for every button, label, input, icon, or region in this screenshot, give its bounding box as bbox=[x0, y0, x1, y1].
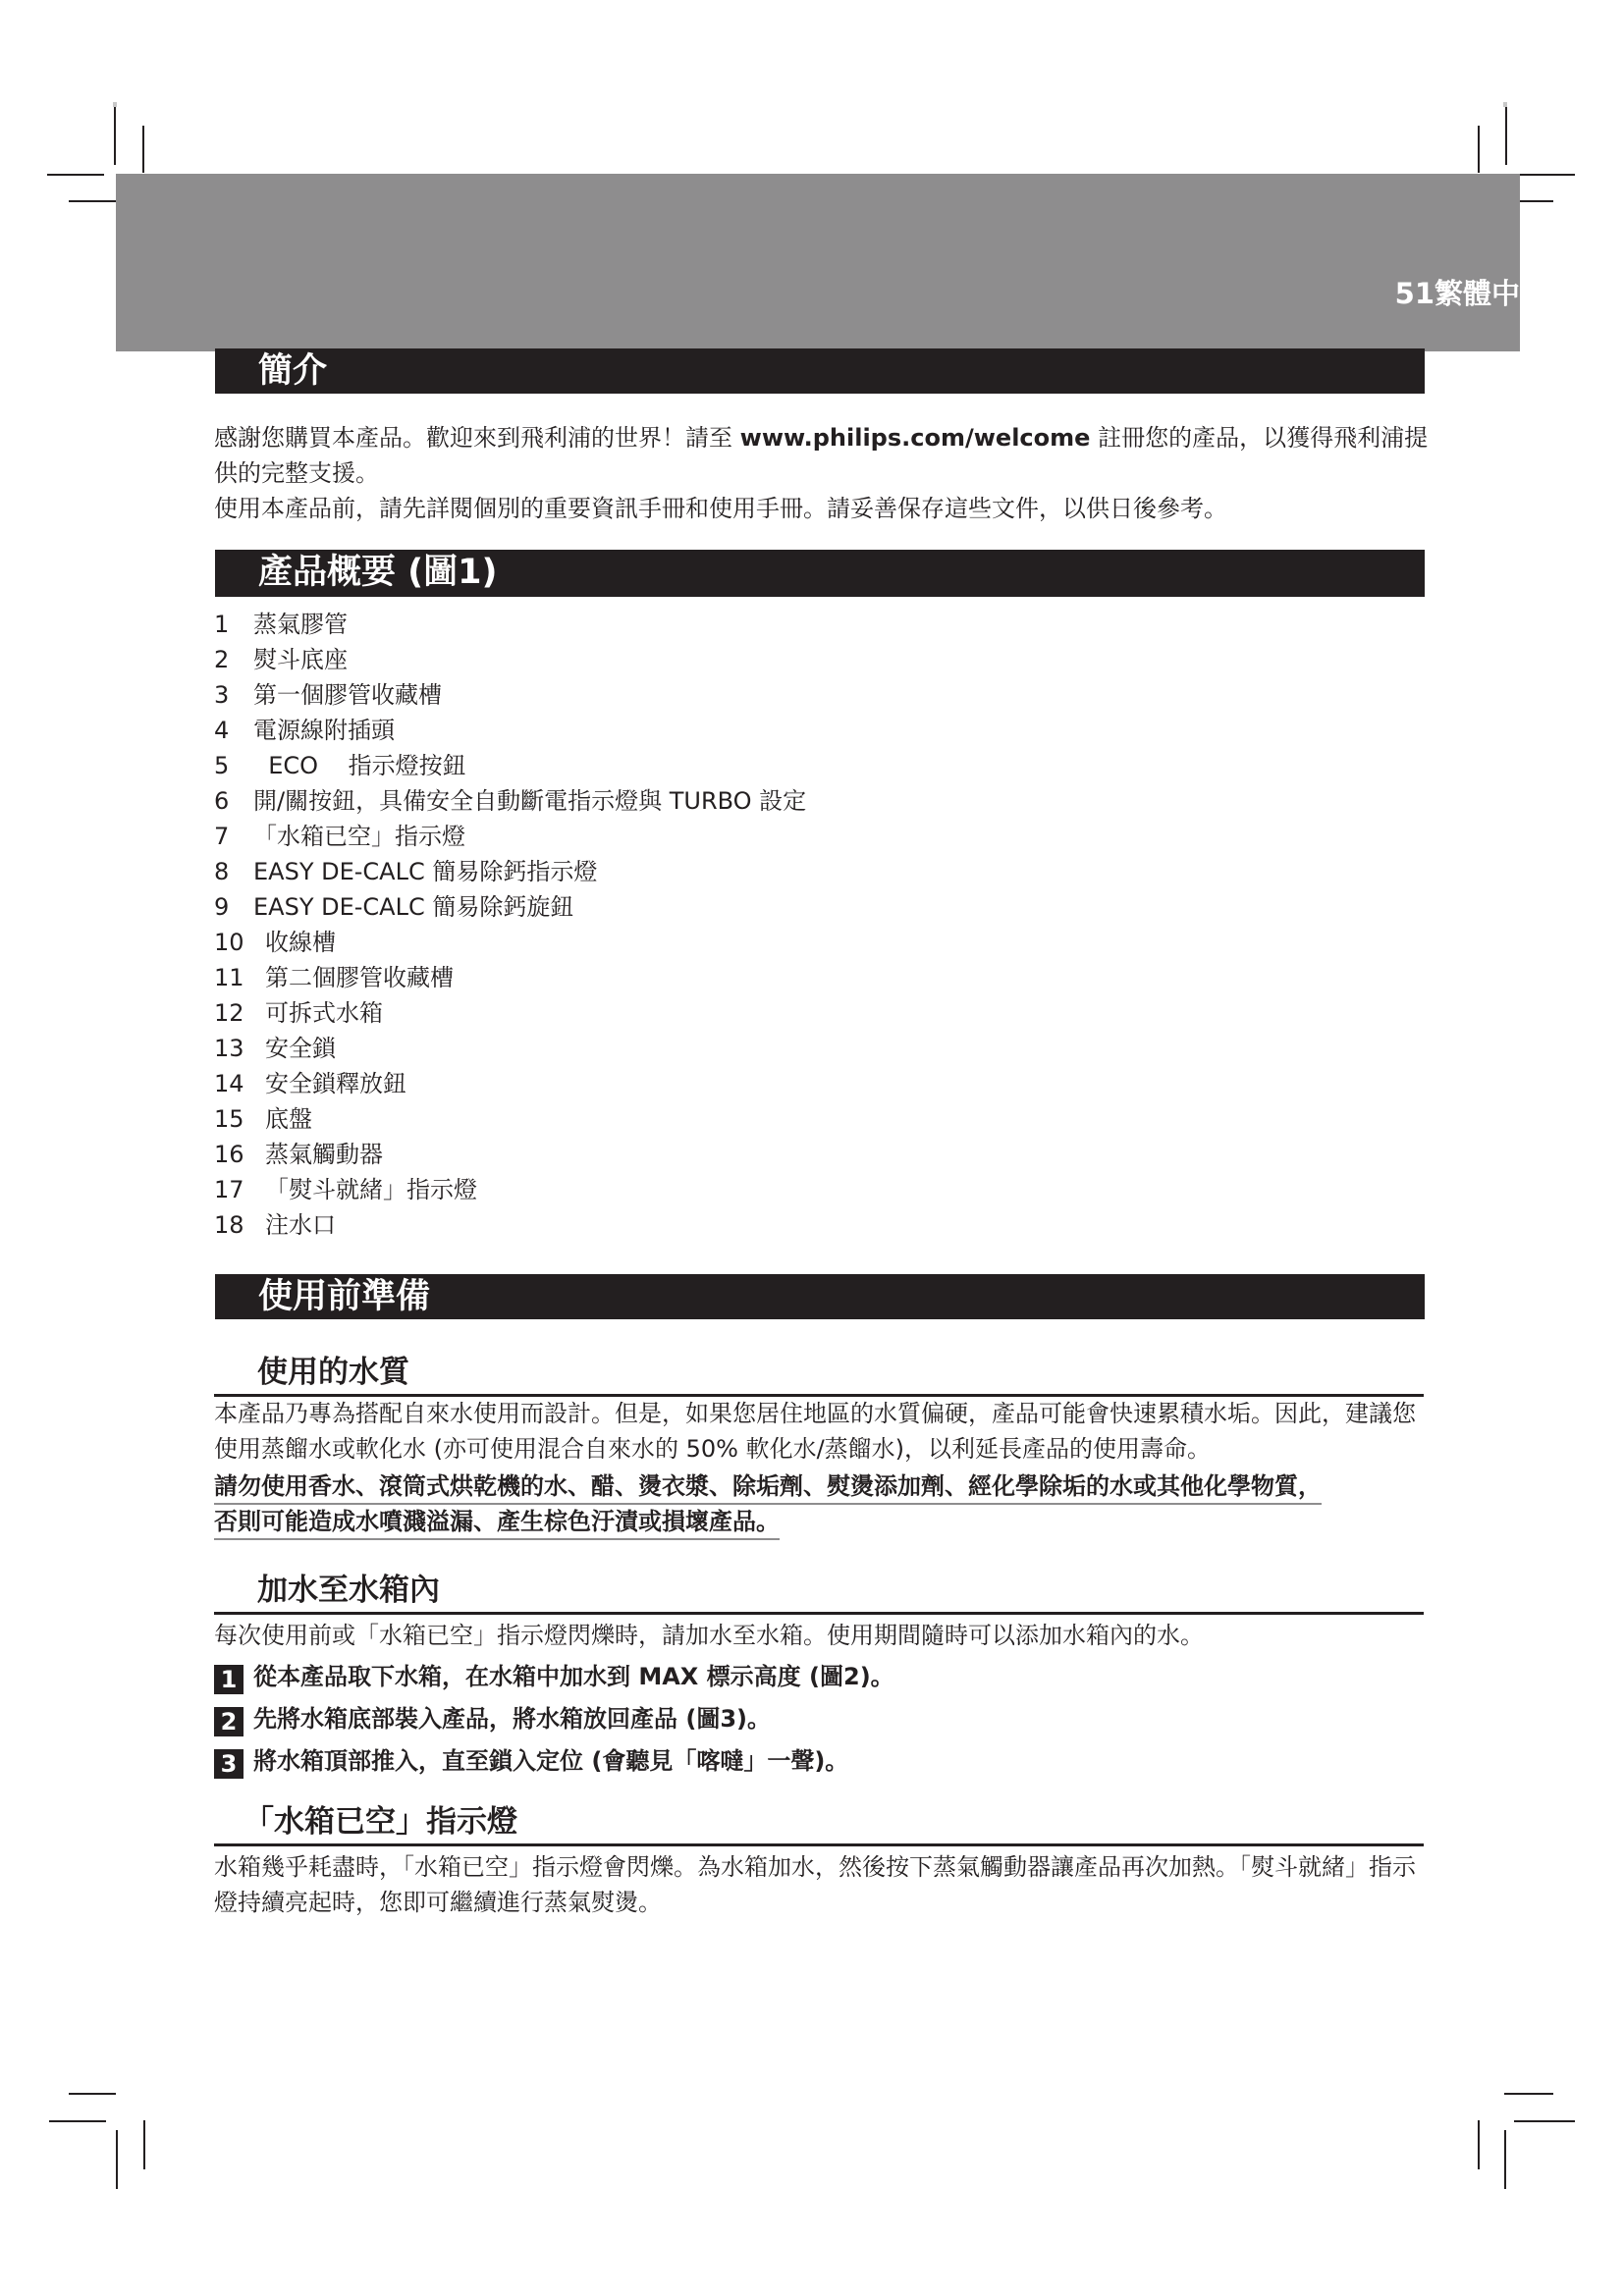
item-label: 可拆式水箱 bbox=[265, 999, 383, 1027]
section-title-text: 使用前準備 bbox=[258, 1277, 430, 1316]
list-item: 9EASY DE-CALC 簡易除鈣旋鈕 bbox=[214, 889, 806, 925]
item-number: 1 bbox=[214, 607, 240, 642]
item-number: 14 bbox=[214, 1066, 251, 1101]
item-label: 安全鎖釋放鈕 bbox=[265, 1070, 406, 1097]
subsection-title-water-quality: 使用的水質 bbox=[214, 1351, 1424, 1397]
item-number: 2 bbox=[214, 642, 240, 677]
item-number: 5 bbox=[214, 748, 240, 783]
item-label: 第二個膠管收藏槽 bbox=[265, 964, 454, 991]
list-item: 16蒸氣觸動器 bbox=[214, 1137, 806, 1172]
crop-mark-top-right-dot bbox=[1503, 102, 1507, 107]
crop-mark-top-left-h2 bbox=[69, 200, 116, 202]
item-number: 7 bbox=[214, 819, 240, 854]
crop-mark-bottom-left-h2 bbox=[49, 2120, 106, 2122]
list-item: 17「熨斗就緒」指示燈 bbox=[214, 1172, 806, 1207]
crop-mark-bottom-left-h1 bbox=[69, 2093, 116, 2095]
section-title-product-overview: 產品概要 (圖1) bbox=[215, 550, 1425, 597]
crop-mark-bottom-right-v2 bbox=[1504, 2130, 1506, 2189]
list-item: 5 ECO 指示燈按鈕 bbox=[214, 748, 806, 783]
fill-tank-step-3: 3將水箱頂部推入，直至鎖入定位 (會聽見「喀噠」一聲)。 bbox=[214, 1743, 848, 1779]
list-item: 2熨斗底座 bbox=[214, 642, 806, 677]
list-item: 4電源線附插頭 bbox=[214, 713, 806, 748]
item-label: 收線槽 bbox=[265, 929, 336, 956]
item-label: 開/關按鈕，具備安全自動斷電指示燈與 TURBO 設定 bbox=[253, 787, 806, 815]
item-number: 13 bbox=[214, 1031, 251, 1066]
step-text: 先將水箱底部裝入產品，將水箱放回產品 (圖3)。 bbox=[253, 1705, 771, 1733]
item-label: 安全鎖 bbox=[265, 1035, 336, 1062]
crop-mark-bottom-left-v2 bbox=[143, 2120, 145, 2169]
crop-mark-bottom-right-h1 bbox=[1504, 2093, 1553, 2095]
item-label: 蒸氣膠管 bbox=[253, 611, 348, 638]
item-number: 17 bbox=[214, 1172, 251, 1207]
fill-tank-step-1: 1從本產品取下水箱，在水箱中加水到 MAX 標示高度 (圖2)。 bbox=[214, 1659, 894, 1694]
item-number: 16 bbox=[214, 1137, 251, 1172]
item-number: 3 bbox=[214, 677, 240, 713]
list-item: 18注水口 bbox=[214, 1207, 806, 1243]
page-number-language-label: 51繁體中 bbox=[1395, 272, 1520, 312]
fill-tank-step-2: 2先將水箱底部裝入產品，將水箱放回產品 (圖3)。 bbox=[214, 1701, 771, 1736]
water-quality-warning-line-2: 否則可能造成水噴濺溢漏、產生棕色汙漬或損壞產品。 bbox=[214, 1504, 780, 1540]
list-item: 3第一個膠管收藏槽 bbox=[214, 677, 806, 713]
list-item: 12可拆式水箱 bbox=[214, 995, 806, 1031]
fill-tank-paragraph: 每次使用前或「水箱已空」指示燈閃爍時，請加水至水箱。使用期間隨時可以添加水箱內的… bbox=[214, 1618, 1432, 1653]
subsection-title-empty-tank-light: 「水箱已空」指示燈 bbox=[214, 1800, 1424, 1846]
crop-mark-top-left-dot bbox=[113, 102, 117, 107]
list-item: 7「水箱已空」指示燈 bbox=[214, 819, 806, 854]
item-label: EASY DE-CALC 簡易除鈣旋鈕 bbox=[253, 893, 573, 921]
list-item: 13安全鎖 bbox=[214, 1031, 806, 1066]
water-quality-warning-line-1: 請勿使用香水、滾筒式烘乾機的水、醋、燙衣漿、除垢劑、熨燙添加劑、經化學除垢的水或… bbox=[214, 1468, 1322, 1505]
empty-tank-light-paragraph: 水箱幾乎耗盡時，「水箱已空」指示燈會閃爍。為水箱加水，然後按下蒸氣觸動器讓產品再… bbox=[214, 1849, 1432, 1920]
section-title-preparation: 使用前準備 bbox=[215, 1274, 1425, 1319]
list-item: 6開/關按鈕，具備安全自動斷電指示燈與 TURBO 設定 bbox=[214, 783, 806, 819]
intro-text: 感謝您購買本產品。歡迎來到飛利浦的世界！請至 bbox=[214, 424, 740, 452]
intro-paragraph-2: 使用本產品前，請先詳閱個別的重要資訊手冊和使用手冊。請妥善保存這些文件，以供日後… bbox=[214, 491, 1432, 526]
list-item: 15底盤 bbox=[214, 1101, 806, 1137]
step-number-badge: 1 bbox=[214, 1665, 244, 1694]
list-item: 11第二個膠管收藏槽 bbox=[214, 960, 806, 995]
item-number: 6 bbox=[214, 783, 240, 819]
item-label: 注水口 bbox=[265, 1211, 336, 1239]
philips-welcome-url: www.philips.com/welcome bbox=[740, 424, 1091, 452]
crop-mark-bottom-right-v1 bbox=[1478, 2120, 1480, 2169]
step-text: 將水箱頂部推入，直至鎖入定位 (會聽見「喀噠」一聲)。 bbox=[253, 1747, 848, 1775]
section-title-text: 簡介 bbox=[258, 351, 327, 391]
step-number-badge: 3 bbox=[214, 1749, 244, 1779]
intro-paragraph-1: 感謝您購買本產品。歡迎來到飛利浦的世界！請至 www.philips.com/w… bbox=[214, 420, 1432, 491]
crop-mark-bottom-left-v1 bbox=[116, 2130, 118, 2189]
crop-mark-top-right-h1 bbox=[1514, 174, 1575, 176]
item-number: 12 bbox=[214, 995, 251, 1031]
header-band bbox=[116, 174, 1520, 351]
item-label: EASY DE-CALC 簡易除鈣指示燈 bbox=[253, 858, 597, 885]
subsection-title-fill-tank: 加水至水箱內 bbox=[214, 1569, 1424, 1615]
list-item: 14安全鎖釋放鈕 bbox=[214, 1066, 806, 1101]
item-label: ECO 指示燈按鈕 bbox=[253, 752, 466, 779]
product-parts-list: 1蒸氣膠管 2熨斗底座 3第一個膠管收藏槽 4電源線附插頭 5 ECO 指示燈按… bbox=[214, 607, 806, 1243]
water-quality-paragraph: 本產品乃專為搭配自來水使用而設計。但是，如果您居住地區的水質偏硬，產品可能會快速… bbox=[214, 1396, 1432, 1467]
crop-mark-top-left-h1 bbox=[47, 174, 104, 176]
warning-text: 否則可能造成水噴濺溢漏、產生棕色汙漬或損壞產品。 bbox=[214, 1505, 780, 1540]
section-title-text: 產品概要 (圖1) bbox=[258, 553, 498, 592]
list-item: 8EASY DE-CALC 簡易除鈣指示燈 bbox=[214, 854, 806, 889]
crop-mark-bottom-right-h2 bbox=[1514, 2120, 1575, 2122]
item-label: 電源線附插頭 bbox=[253, 717, 395, 744]
section-title-intro: 簡介 bbox=[215, 348, 1425, 394]
item-number: 15 bbox=[214, 1101, 251, 1137]
item-label: 「水箱已空」指示燈 bbox=[253, 823, 465, 850]
item-label: 「熨斗就緒」指示燈 bbox=[265, 1176, 477, 1203]
crop-mark-top-right-v2 bbox=[1478, 126, 1480, 173]
item-number: 4 bbox=[214, 713, 240, 748]
item-number: 11 bbox=[214, 960, 251, 995]
item-number: 18 bbox=[214, 1207, 251, 1243]
step-text: 從本產品取下水箱，在水箱中加水到 MAX 標示高度 (圖2)。 bbox=[253, 1663, 894, 1690]
item-label: 第一個膠管收藏槽 bbox=[253, 681, 442, 709]
crop-mark-top-left-v2 bbox=[142, 126, 144, 173]
list-item: 10收線槽 bbox=[214, 925, 806, 960]
warning-text: 請勿使用香水、滾筒式烘乾機的水、醋、燙衣漿、除垢劑、熨燙添加劑、經化學除垢的水或… bbox=[214, 1469, 1322, 1505]
item-label: 熨斗底座 bbox=[253, 646, 348, 673]
crop-mark-top-right-v1 bbox=[1505, 106, 1507, 165]
item-label: 底盤 bbox=[265, 1105, 312, 1133]
item-number: 9 bbox=[214, 889, 240, 925]
item-number: 10 bbox=[214, 925, 251, 960]
list-item: 1蒸氣膠管 bbox=[214, 607, 806, 642]
crop-mark-top-left-v1 bbox=[114, 106, 116, 165]
item-number: 8 bbox=[214, 854, 240, 889]
step-number-badge: 2 bbox=[214, 1707, 244, 1736]
item-label: 蒸氣觸動器 bbox=[265, 1141, 383, 1168]
